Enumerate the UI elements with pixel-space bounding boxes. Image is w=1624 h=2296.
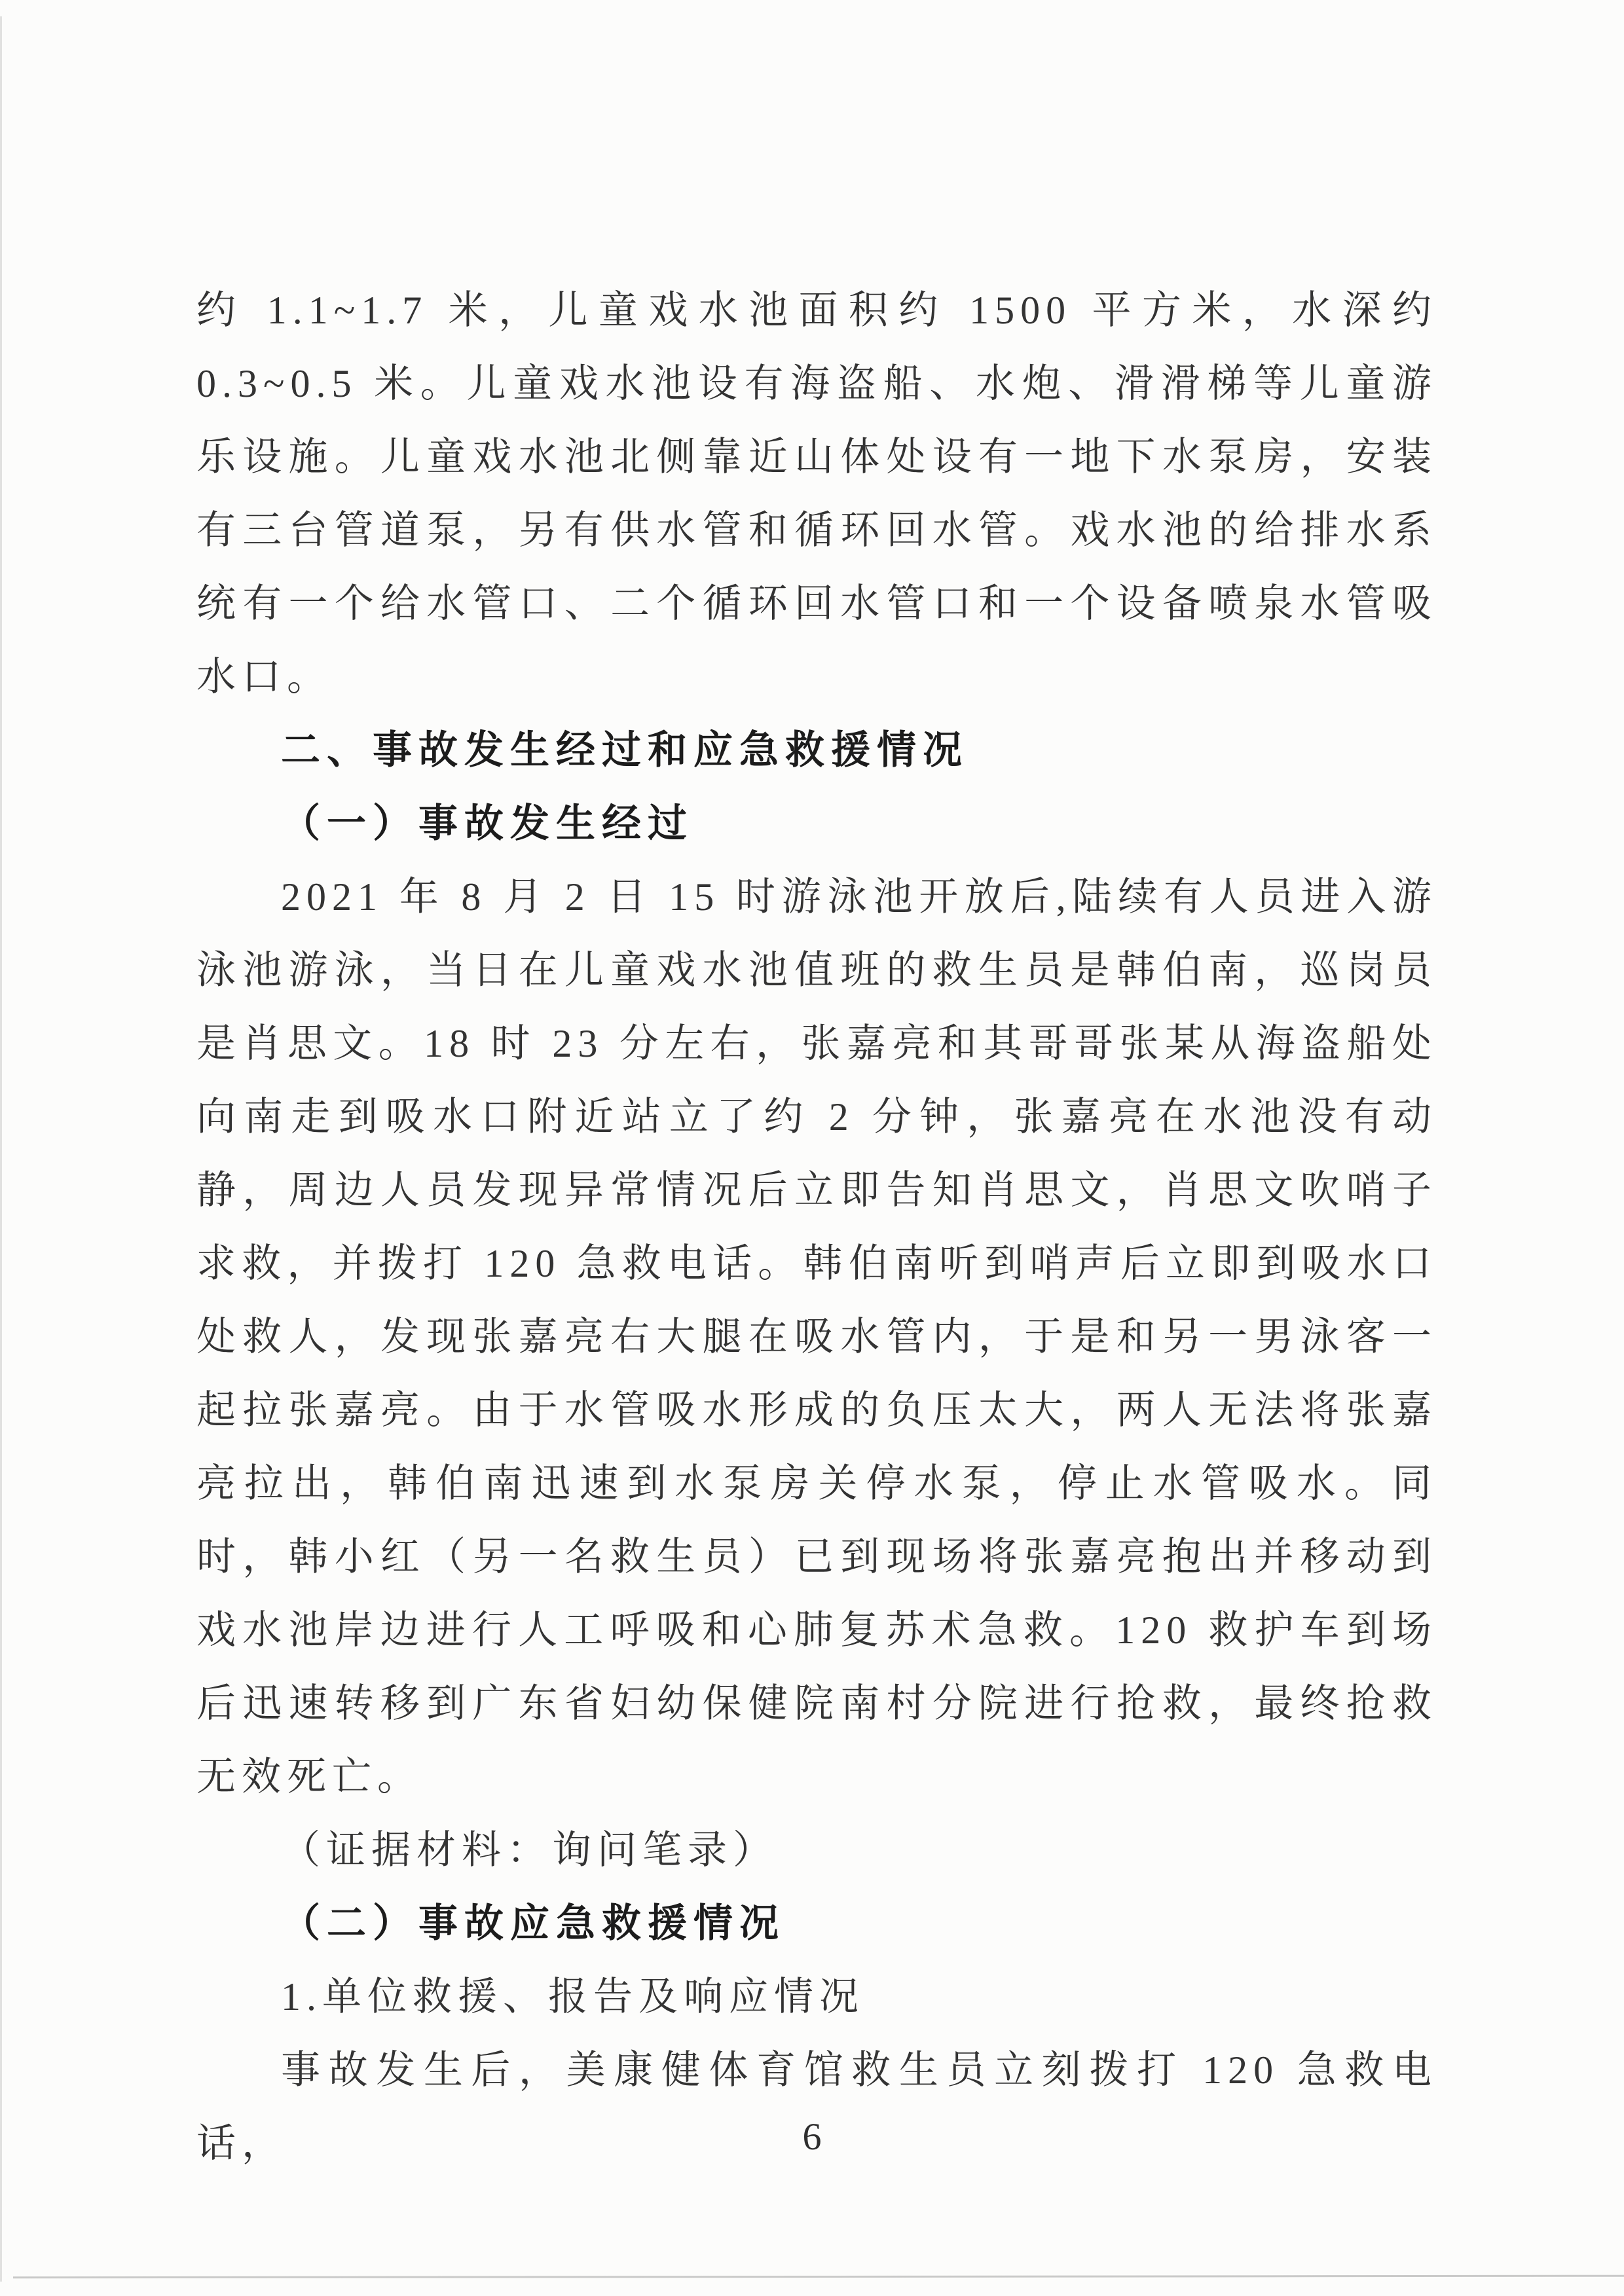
scan-left-edge-artifact	[0, 16, 2, 2282]
page-number: 6	[0, 2113, 1624, 2160]
document-body: 约 1.1~1.7 米，儿童戏水池面积约 1500 平方米，水深约 0.3~0.…	[196, 274, 1437, 2180]
paragraph-evidence-note: （证据材料：询问笔录）	[196, 1813, 1437, 1887]
scanned-document-page: 约 1.1~1.7 米，儿童戏水池面积约 1500 平方米，水深约 0.3~0.…	[0, 0, 1624, 2296]
subsection-heading-accident-course: （一）事故发生经过	[196, 787, 1437, 860]
paragraph-pool-description: 约 1.1~1.7 米，儿童戏水池面积约 1500 平方米，水深约 0.3~0.…	[196, 274, 1437, 714]
paragraph-unit-rescue-heading: 1.单位救援、报告及响应情况	[196, 1960, 1437, 2033]
scan-bottom-edge-artifact	[13, 2275, 1624, 2279]
section-heading-accident-course-and-rescue: 二、事故发生经过和应急救援情况	[196, 714, 1437, 787]
paragraph-accident-narrative: 2021 年 8 月 2 日 15 时游泳池开放后,陆续有人员进入游泳池游泳，当…	[196, 860, 1437, 1813]
subsection-heading-emergency-rescue: （二）事故应急救援情况	[196, 1887, 1437, 1960]
